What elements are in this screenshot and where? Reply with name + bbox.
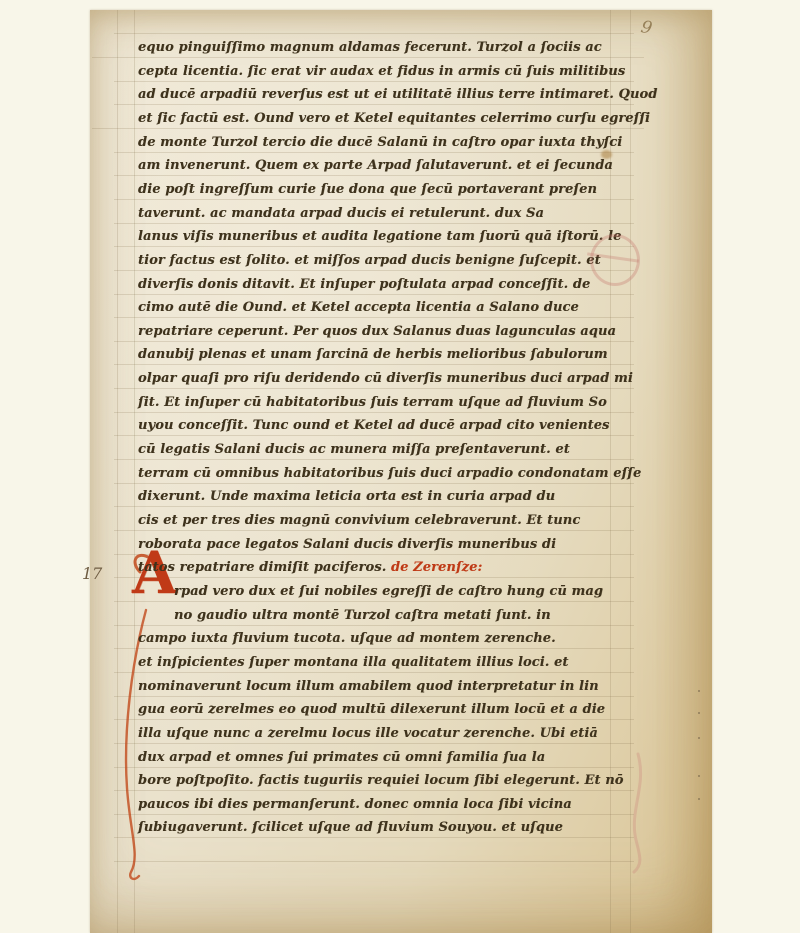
line-text: ad ducē arpadiū reverſus est ut ei utili… [138, 87, 657, 102]
pricking-dot [698, 798, 700, 800]
line-text: de monte Turzol tercio die ducē Salanū i… [138, 135, 622, 150]
horizontal-rule-line [114, 483, 634, 484]
line-text: tatos repatriare dimiſit paciferos. [138, 560, 391, 575]
horizontal-rule-line [114, 223, 634, 224]
manuscript-line: cimo autē die Ound. et Ketel accepta lic… [138, 300, 579, 315]
manuscript-line: rpad vero dux et ſui nobiles egreſſi de … [174, 584, 603, 599]
line-text: dixerunt. Unde maxima leticia orta est i… [138, 489, 555, 504]
manuscript-line: bore poſtpoſito. factis tuguriis requiei… [138, 773, 624, 788]
manuscript-line: taverunt. ac mandata arpad ducis ei retu… [138, 206, 544, 221]
folio-mark: 9 [639, 17, 654, 39]
line-text: campo iuxta fluvium tucota. uſque ad mon… [138, 631, 556, 646]
line-text: uyou conceſſit. Tunc ound et Ketel ad du… [138, 418, 609, 433]
horizontal-rule-line [114, 530, 634, 531]
manuscript-line: campo iuxta fluvium tucota. uſque ad mon… [138, 631, 556, 646]
manuscript-line: diverſis donis ditavit. Et inſuper poſtu… [138, 277, 590, 292]
manuscript-line: cepta licentia. ſic erat vir audax et fi… [138, 64, 625, 79]
horizontal-rule-line [114, 294, 634, 295]
line-text: am invenerunt. Quem ex parte Arpad ſalut… [138, 158, 613, 173]
manuscript-line: ſit. Et inſuper cū habitatoribus ſuis te… [138, 395, 607, 410]
manuscript-line: olpar quaſi pro riſu deridendo cū diverſ… [138, 371, 633, 386]
horizontal-rule-line [114, 767, 634, 768]
horizontal-rule-line [114, 625, 634, 626]
manuscript-photo: A equo pinguiſſimo magnum aldamas feceru… [90, 10, 712, 933]
pricking-dot [698, 737, 700, 739]
line-text: nominaverunt locum illum amabilem quod i… [138, 679, 599, 694]
line-text: roborata pace legatos Salani ducis diver… [138, 537, 556, 552]
line-text: ſit. Et inſuper cū habitatoribus ſuis te… [138, 395, 607, 410]
showthrough-mark [590, 234, 640, 286]
rubric-text: de Zerenſze: [391, 560, 482, 575]
horizontal-rule-line [114, 814, 634, 815]
manuscript-line: die poſt ingreſſum curie ſue dona que ſe… [138, 182, 597, 197]
manuscript-line: no gaudio ultra montē Turzol caſtra meta… [174, 608, 551, 623]
line-text: danubij plenas et unam ſarcinā de herbis… [138, 347, 608, 362]
margin-page-number: 17 [82, 564, 102, 583]
line-text: diverſis donis ditavit. Et inſuper poſtu… [138, 277, 590, 292]
horizontal-rule-line [114, 743, 634, 744]
line-text: tior factus est ſolito. et miſſos arpad … [138, 253, 601, 268]
horizontal-rule-line [114, 33, 634, 34]
showthrough-streak-icon [634, 754, 641, 872]
manuscript-line: cū legatis Salani ducis ac munera miſſa … [138, 442, 570, 457]
horizontal-rule-line [114, 790, 634, 791]
line-text: bore poſtpoſito. factis tuguriis requiei… [138, 773, 624, 788]
line-text: olpar quaſi pro riſu deridendo cū diverſ… [138, 371, 633, 386]
horizontal-rule-line [114, 341, 634, 342]
horizontal-rule-line [114, 412, 634, 413]
manuscript-line: tatos repatriare dimiſit paciferos. de Z… [138, 560, 482, 575]
horizontal-rule-line [114, 435, 634, 436]
horizontal-rule-line [114, 719, 634, 720]
manuscript-line: de monte Turzol tercio die ducē Salanū i… [138, 135, 622, 150]
manuscript-line: et ſic factū est. Ound vero et Ketel equ… [138, 111, 650, 126]
line-text: et inſpicientes ſuper montana illa quali… [138, 655, 569, 670]
horizontal-rule-line [114, 696, 634, 697]
photo-backdrop: A equo pinguiſſimo magnum aldamas feceru… [0, 0, 800, 933]
manuscript-line: cis et per tres dies magnū convivium cel… [138, 513, 580, 528]
manuscript-line: ſubiugaverunt. ſcilicet uſque ad fluvium… [138, 820, 563, 835]
pricking-dot [698, 712, 700, 714]
line-text: cis et per tres dies magnū convivium cel… [138, 513, 580, 528]
horizontal-rule-line [114, 837, 634, 838]
line-text: gua eorū zerelmes eo quod multū dilexeru… [138, 702, 605, 717]
horizontal-rule-line [114, 601, 634, 602]
manuscript-line: am invenerunt. Quem ex parte Arpad ſalut… [138, 158, 613, 173]
horizontal-rule-line [114, 672, 634, 673]
horizontal-rule-line [114, 506, 634, 507]
line-text: equo pinguiſſimo magnum aldamas fecerunt… [138, 40, 602, 55]
horizontal-rule-line [114, 175, 634, 176]
horizontal-rule-line [92, 128, 644, 129]
manuscript-line: terram cū omnibus habitatoribus ſuis duc… [138, 466, 641, 481]
horizontal-rule-line [114, 246, 634, 247]
horizontal-rule-line [114, 577, 634, 578]
manuscript-line: nominaverunt locum illum amabilem quod i… [138, 679, 599, 694]
line-text: repatriare ceperunt. Per quos dux Salanu… [138, 324, 616, 339]
horizontal-rule-line [114, 199, 634, 200]
manuscript-line: uyou conceſſit. Tunc ound et Ketel ad du… [138, 418, 609, 433]
vertical-rule-line [134, 10, 135, 933]
line-text: cū legatis Salani ducis ac munera miſſa … [138, 442, 570, 457]
pricking-dot [698, 690, 700, 692]
manuscript-line: lanus viſis muneribus et audita legation… [138, 229, 621, 244]
line-text: rpad vero dux et ſui nobiles egreſſi de … [174, 584, 603, 599]
horizontal-rule-line [114, 317, 634, 318]
manuscript-line: et inſpicientes ſuper montana illa quali… [138, 655, 569, 670]
line-text: dux arpad et omnes ſui primates cū omni … [138, 750, 545, 765]
line-text: cepta licentia. ſic erat vir audax et fi… [138, 64, 625, 79]
manuscript-line: repatriare ceperunt. Per quos dux Salanu… [138, 324, 616, 339]
stain-mark [601, 150, 612, 159]
manuscript-line: ad ducē arpadiū reverſus est ut ei utili… [138, 87, 657, 102]
horizontal-rule-line [114, 648, 634, 649]
horizontal-rule-line [114, 388, 634, 389]
manuscript-line: dux arpad et omnes ſui primates cū omni … [138, 750, 545, 765]
manuscript-line: danubij plenas et unam ſarcinā de herbis… [138, 347, 608, 362]
horizontal-rule-line [114, 861, 634, 862]
line-text: cimo autē die Ound. et Ketel accepta lic… [138, 300, 579, 315]
horizontal-rule-line [114, 459, 634, 460]
manuscript-line: paucos ibi dies permanſerunt. donec omni… [138, 797, 572, 812]
horizontal-rule-line [114, 104, 634, 105]
line-text: die poſt ingreſſum curie ſue dona que ſe… [138, 182, 597, 197]
line-text: no gaudio ultra montē Turzol caſtra meta… [174, 608, 551, 623]
horizontal-rule-line [114, 270, 634, 271]
vertical-rule-line [117, 10, 118, 933]
line-text: taverunt. ac mandata arpad ducis ei retu… [138, 206, 544, 221]
line-text: et ſic factū est. Ound vero et Ketel equ… [138, 111, 650, 126]
horizontal-rule-line [92, 57, 644, 58]
manuscript-line: illa uſque nunc a zerelmu locus ille voc… [138, 726, 598, 741]
line-text: ſubiugaverunt. ſcilicet uſque ad fluvium… [138, 820, 563, 835]
horizontal-rule-line [114, 364, 634, 365]
horizontal-rule-line [114, 554, 634, 555]
manuscript-line: equo pinguiſſimo magnum aldamas fecerunt… [138, 40, 602, 55]
pricking-dot [698, 775, 700, 777]
manuscript-line: gua eorū zerelmes eo quod multū dilexeru… [138, 702, 605, 717]
line-text: terram cū omnibus habitatoribus ſuis duc… [138, 466, 641, 481]
line-text: lanus viſis muneribus et audita legation… [138, 229, 621, 244]
manuscript-line: dixerunt. Unde maxima leticia orta est i… [138, 489, 555, 504]
horizontal-rule-line [114, 152, 634, 153]
horizontal-rule-line [114, 81, 634, 82]
line-text: illa uſque nunc a zerelmu locus ille voc… [138, 726, 598, 741]
line-text: paucos ibi dies permanſerunt. donec omni… [138, 797, 572, 812]
manuscript-line: roborata pace legatos Salani ducis diver… [138, 537, 556, 552]
manuscript-line: tior factus est ſolito. et miſſos arpad … [138, 253, 601, 268]
